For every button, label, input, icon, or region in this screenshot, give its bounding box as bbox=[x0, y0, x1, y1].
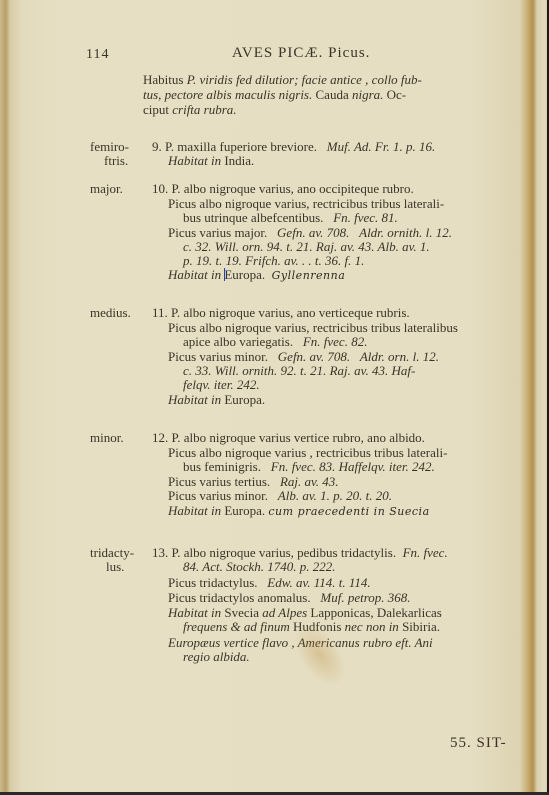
habitat-text: Europa. bbox=[224, 392, 265, 407]
reference: Alb. av. 1. p. 20. t. 20. bbox=[278, 488, 392, 503]
text: Picus varius major. bbox=[168, 225, 267, 240]
text: Cauda bbox=[312, 87, 352, 102]
entry-11-habitat: Habitat in Europa. bbox=[168, 393, 265, 407]
margin-name-major: major. bbox=[90, 182, 123, 196]
habitat-text: Europa. bbox=[224, 503, 265, 518]
margin-name-tridactylus-2: lus. bbox=[106, 560, 124, 574]
entry-number: 9. bbox=[152, 139, 162, 154]
continuation-line-2: tus, pectore albis maculis nigris. Cauda… bbox=[143, 88, 406, 102]
text: Oc- bbox=[383, 87, 406, 102]
text: Picus tridactylos anomalus. bbox=[168, 590, 311, 605]
text: Lapponicas, Dalekarlicas bbox=[310, 605, 441, 620]
reference: Aldr. ornith. l. 12. bbox=[359, 225, 452, 240]
running-head: AVES PICÆ. Picus. bbox=[232, 46, 370, 60]
text: Sibiria. bbox=[402, 619, 440, 634]
habitat-label: Habitat in bbox=[168, 503, 221, 518]
diagnosis-cont: 84. Act. Stockh. 1740. p. 222. bbox=[183, 560, 336, 574]
reference: Fn. fvec. 81. bbox=[333, 210, 398, 225]
margin-name-tridactylus: tridacty- bbox=[90, 546, 134, 560]
reference: Fn. fvec. 83. Haffelqv. iter. 242. bbox=[271, 459, 435, 474]
habitat-label: Habitat in bbox=[168, 392, 221, 407]
reference: Gefn. av. 708. bbox=[277, 225, 349, 240]
synonym-line: Picus varius tertius. Raj. av. 43. bbox=[168, 475, 339, 489]
text-italic: ad Alpes bbox=[259, 605, 310, 620]
entry-9-diagnosis: 9. P. maxilla fuperiore breviore. Muf. A… bbox=[152, 140, 435, 154]
diagnosis-text: P. albo nigroque varius vertice rubro, a… bbox=[172, 430, 425, 445]
synonym-line: Picus tridactylus. Edw. av. 114. t. 114. bbox=[168, 576, 371, 590]
reference: Fn. fvec. 82. bbox=[303, 334, 368, 349]
entry-13-habitat-cont: frequens & ad finum Hudfonis nec non in … bbox=[183, 620, 440, 634]
margin-name-semirostris: femiro- bbox=[90, 140, 129, 154]
entry-number: 10. bbox=[152, 181, 168, 196]
diagnosis-text: P. albo nigroque varius, ano verticeque … bbox=[171, 305, 410, 320]
reference: Muf. Ad. Fr. 1. p. 16. bbox=[327, 139, 435, 154]
habitat-label: Habitat in bbox=[168, 153, 221, 168]
handwritten-annotation: Gyllenrenna bbox=[272, 269, 346, 282]
text-italic: crifta rubra. bbox=[172, 102, 236, 117]
synonym-cont: bus feminigris. Fn. fvec. 83. Haffelqv. … bbox=[183, 460, 435, 474]
margin-name-medius: medius. bbox=[90, 306, 131, 320]
text: apice albo variegatis. bbox=[183, 334, 293, 349]
synonym-line: Picus varius minor. Gefn. av. 708. Aldr.… bbox=[168, 350, 439, 364]
margin-name-minor: minor. bbox=[90, 431, 124, 445]
text-italic: P. viridis fed dilutior; facie antice , … bbox=[187, 72, 422, 87]
reference: Aldr. orn. l. 12. bbox=[360, 349, 439, 364]
entry-13-habitat: Habitat in Svecia ad Alpes Lapponicas, D… bbox=[168, 606, 442, 620]
entry-13-note-cont: regio albida. bbox=[183, 650, 250, 664]
text: Habitus bbox=[143, 72, 187, 87]
reference: Raj. av. 43. bbox=[280, 474, 339, 489]
synonym-cont: c. 32. Will. orn. 94. t. 21. Raj. av. 43… bbox=[183, 240, 430, 254]
habitat-label: Habitat in bbox=[168, 605, 221, 620]
diagnosis-text: P. albo nigroque varius, pedibus tridact… bbox=[172, 545, 397, 560]
synonym-cont: c. 33. Will. ornith. 92. t. 21. Raj. av.… bbox=[183, 364, 415, 378]
synonym-cont: bus utrinque albefcentibus. Fn. fvec. 81… bbox=[183, 211, 398, 225]
text: Svecia bbox=[224, 605, 259, 620]
reference: Gefn. av. 708. bbox=[278, 349, 350, 364]
habitat-text: India. bbox=[224, 153, 254, 168]
entry-11-diagnosis: 11. P. albo nigroque varius, ano vertice… bbox=[152, 306, 410, 320]
entry-13-diagnosis: 13. P. albo nigroque varius, pedibus tri… bbox=[152, 546, 448, 560]
book-page: 114 AVES PICÆ. Picus. Habitus P. viridis… bbox=[0, 0, 547, 792]
reference: Muf. petrop. 368. bbox=[320, 590, 410, 605]
entry-10-diagnosis: 10. P. albo nigroque varius, ano occipit… bbox=[152, 182, 414, 196]
text: Picus varius minor. bbox=[168, 349, 268, 364]
reference: Edw. av. 114. t. 114. bbox=[267, 575, 370, 590]
entry-number: 12. bbox=[152, 430, 168, 445]
text-italic: frequens & ad finum bbox=[183, 619, 293, 634]
reference: Fn. fvec. bbox=[403, 545, 448, 560]
text: Hudfonis bbox=[293, 619, 341, 634]
text: Picus tridactylus. bbox=[168, 575, 258, 590]
synonym-cont: p. 19. t. 19. Frifch. av. . . t. 36. f. … bbox=[183, 254, 364, 268]
diagnosis-text: P. albo nigroque varius, ano occipiteque… bbox=[172, 181, 414, 196]
text: Picus varius minor. bbox=[168, 488, 268, 503]
page-number: 114 bbox=[86, 48, 109, 62]
text: ciput bbox=[143, 102, 172, 117]
entry-12-habitat: Habitat in Europa. cum praecedenti in Su… bbox=[168, 504, 430, 519]
synonym-cont: felqv. iter. 242. bbox=[183, 378, 260, 392]
synonym-line: Picus albo nigroque varius, rectricibus … bbox=[168, 197, 444, 211]
synonym-line: Picus tridactylos anomalus. Muf. petrop.… bbox=[168, 591, 411, 605]
text: bus feminigris. bbox=[183, 459, 261, 474]
synonym-line: Picus albo nigroque varius , rectricibus… bbox=[168, 446, 447, 460]
entry-number: 11. bbox=[152, 305, 168, 320]
text: bus utrinque albefcentibus. bbox=[183, 210, 323, 225]
margin-name-semirostris-2: ftris. bbox=[104, 154, 128, 168]
habitat-label: Habitat in bbox=[168, 267, 221, 282]
entry-12-diagnosis: 12. P. albo nigroque varius vertice rubr… bbox=[152, 431, 425, 445]
entry-13-note: Europæus vertice flavo , Americanus rubr… bbox=[168, 636, 433, 650]
synonym-cont: apice albo variegatis. Fn. fvec. 82. bbox=[183, 335, 367, 349]
text: Picus varius tertius. bbox=[168, 474, 270, 489]
synonym-line: Picus varius minor. Alb. av. 1. p. 20. t… bbox=[168, 489, 392, 503]
diagnosis-text: P. maxilla fuperiore breviore. bbox=[165, 139, 317, 154]
entry-10-habitat: Habitat in Europa. Gyllenrenna bbox=[168, 268, 345, 283]
text-italic: nec non in bbox=[341, 619, 402, 634]
handwritten-annotation: cum praecedenti in Suecia bbox=[268, 505, 429, 518]
text-italic: tus, pectore albis maculis nigris. bbox=[143, 87, 312, 102]
entry-9-habitat: Habitat in India. bbox=[168, 154, 254, 168]
text-italic: nigra. bbox=[352, 87, 383, 102]
catchword: 55. SIT- bbox=[450, 736, 507, 750]
entry-number: 13. bbox=[152, 545, 168, 560]
synonym-line: Picus albo nigroque varius, rectricibus … bbox=[168, 321, 458, 335]
continuation-line-3: ciput crifta rubra. bbox=[143, 103, 237, 117]
habitat-text-with-cursor[interactable]: Europa. bbox=[224, 267, 265, 282]
synonym-line: Picus varius major. Gefn. av. 708. Aldr.… bbox=[168, 226, 452, 240]
continuation-line-1: Habitus P. viridis fed dilutior; facie a… bbox=[143, 73, 422, 87]
